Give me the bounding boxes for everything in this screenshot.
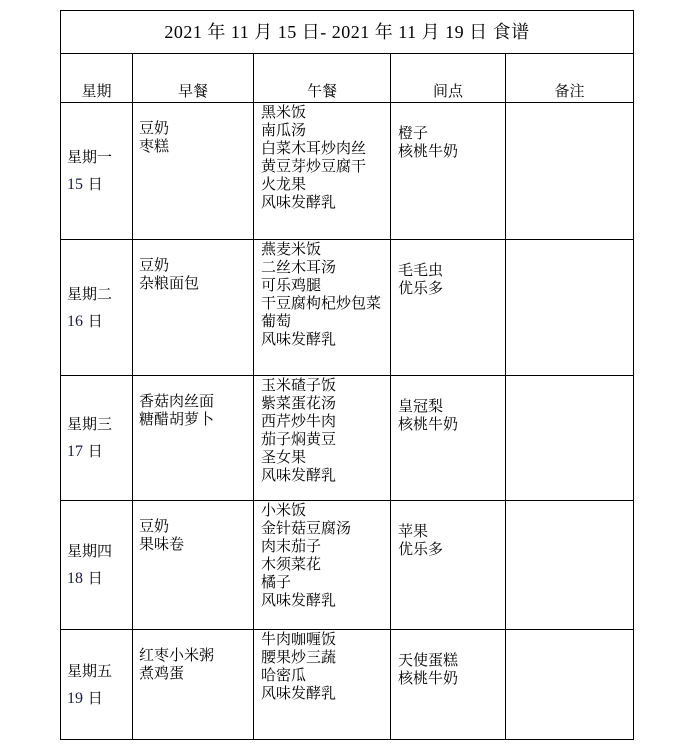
notes-cell [506, 376, 634, 501]
date-number: 15 [67, 176, 83, 193]
header-breakfast: 早餐 [133, 54, 254, 103]
snack-item: 皇冠梨 [398, 397, 505, 415]
lunch-item: 圣女果 [261, 448, 390, 466]
header-day: 星期 [61, 54, 133, 103]
header-snack: 间点 [391, 54, 506, 103]
notes-cell [506, 103, 634, 240]
header-lunch: 午餐 [254, 54, 391, 103]
snack-item: 核桃牛奶 [398, 415, 505, 433]
snack-cell: 天使蛋糕核桃牛奶 [391, 630, 506, 740]
breakfast-cell: 豆奶杂粮面包 [133, 240, 254, 376]
lunch-item: 风味发酵乳 [261, 466, 390, 484]
breakfast-item: 煮鸡蛋 [139, 664, 253, 682]
date-label: 18 日 [67, 565, 132, 592]
breakfast-item: 枣糕 [139, 137, 253, 155]
lunch-item: 风味发酵乳 [261, 330, 390, 348]
lunch-item: 哈密瓜 [261, 666, 390, 684]
breakfast-cell: 红枣小米粥煮鸡蛋 [133, 630, 254, 740]
lunch-cell: 牛肉咖喱饭腰果炒三蔬哈密瓜风味发酵乳 [254, 630, 391, 740]
weekday-label: 星期二 [67, 281, 132, 308]
lunch-cell: 玉米碴子饭紫菜蛋花汤西芹炒牛肉茄子焖黄豆圣女果风味发酵乳 [254, 376, 391, 501]
lunch-item: 腰果炒三蔬 [261, 648, 390, 666]
snack-cell: 皇冠梨核桃牛奶 [391, 376, 506, 501]
notes-cell [506, 501, 634, 630]
weekday-label: 星期四 [67, 538, 132, 565]
lunch-cell: 小米饭金针菇豆腐汤肉末茄子木须菜花橘子风味发酵乳 [254, 501, 391, 630]
menu-title: 2021 年 11 月 15 日- 2021 年 11 月 19 日 食谱 [61, 11, 634, 54]
weekday-label: 星期五 [67, 658, 132, 685]
breakfast-item: 红枣小米粥 [139, 646, 253, 664]
date-number: 18 [67, 570, 83, 587]
breakfast-item: 豆奶 [139, 517, 253, 535]
snack-item: 优乐多 [398, 279, 505, 297]
day-row: 星期四18 日豆奶果味卷小米饭金针菇豆腐汤肉末茄子木须菜花橘子风味发酵乳苹果优乐… [61, 501, 634, 630]
snack-cell: 苹果优乐多 [391, 501, 506, 630]
breakfast-item: 杂粮面包 [139, 274, 253, 292]
date-label: 15 日 [67, 171, 132, 198]
weekday-label: 星期三 [67, 411, 132, 438]
day-row: 星期二16 日豆奶杂粮面包燕麦米饭二丝木耳汤可乐鸡腿干豆腐枸杞炒包菜葡萄风味发酵… [61, 240, 634, 376]
day-row: 星期三17 日香菇肉丝面糖醋胡萝卜玉米碴子饭紫菜蛋花汤西芹炒牛肉茄子焖黄豆圣女果… [61, 376, 634, 501]
weekday-label: 星期一 [67, 144, 132, 171]
breakfast-cell: 香菇肉丝面糖醋胡萝卜 [133, 376, 254, 501]
header-notes: 备注 [506, 54, 634, 103]
snack-item: 天使蛋糕 [398, 651, 505, 669]
date-unit: 日 [88, 175, 103, 193]
snack-cell: 橙子核桃牛奶 [391, 103, 506, 240]
breakfast-item: 豆奶 [139, 256, 253, 274]
day-cell: 星期一15 日 [61, 103, 133, 240]
lunch-item: 二丝木耳汤 [261, 258, 390, 276]
notes-cell [506, 240, 634, 376]
lunch-item: 金针菇豆腐汤 [261, 519, 390, 537]
breakfast-item: 糖醋胡萝卜 [139, 410, 253, 428]
breakfast-item: 香菇肉丝面 [139, 392, 253, 410]
breakfast-cell: 豆奶果味卷 [133, 501, 254, 630]
date-label: 17 日 [67, 438, 132, 465]
lunch-item: 玉米碴子饭 [261, 376, 390, 394]
snack-item: 核桃牛奶 [398, 142, 505, 160]
lunch-item: 小米饭 [261, 501, 390, 519]
lunch-item: 木须菜花 [261, 555, 390, 573]
lunch-item: 可乐鸡腿 [261, 276, 390, 294]
day-cell: 星期二16 日 [61, 240, 133, 376]
lunch-item: 牛肉咖喱饭 [261, 630, 390, 648]
breakfast-item: 果味卷 [139, 535, 253, 553]
lunch-item: 黑米饭 [261, 103, 390, 121]
lunch-item: 橘子 [261, 573, 390, 591]
lunch-item: 火龙果 [261, 175, 390, 193]
lunch-item: 肉末茄子 [261, 537, 390, 555]
lunch-item: 南瓜汤 [261, 121, 390, 139]
day-cell: 星期三17 日 [61, 376, 133, 501]
lunch-item: 紫菜蛋花汤 [261, 394, 390, 412]
lunch-item: 风味发酵乳 [261, 591, 390, 609]
snack-item: 优乐多 [398, 540, 505, 558]
date-unit: 日 [88, 569, 103, 587]
lunch-item: 黄豆芽炒豆腐干 [261, 157, 390, 175]
lunch-cell: 燕麦米饭二丝木耳汤可乐鸡腿干豆腐枸杞炒包菜葡萄风味发酵乳 [254, 240, 391, 376]
day-cell: 星期四18 日 [61, 501, 133, 630]
breakfast-cell: 豆奶枣糕 [133, 103, 254, 240]
snack-item: 毛毛虫 [398, 261, 505, 279]
snack-item: 橙子 [398, 124, 505, 142]
lunch-item: 燕麦米饭 [261, 240, 390, 258]
header-row: 星期 早餐 午餐 间点 备注 [61, 54, 634, 103]
lunch-item: 白菜木耳炒肉丝 [261, 139, 390, 157]
day-row: 星期一15 日豆奶枣糕黑米饭南瓜汤白菜木耳炒肉丝黄豆芽炒豆腐干火龙果风味发酵乳橙… [61, 103, 634, 240]
snack-cell: 毛毛虫优乐多 [391, 240, 506, 376]
weekly-menu-table: 2021 年 11 月 15 日- 2021 年 11 月 19 日 食谱 星期… [60, 10, 634, 740]
lunch-item: 风味发酵乳 [261, 193, 390, 211]
breakfast-item: 豆奶 [139, 119, 253, 137]
date-number: 17 [67, 443, 83, 460]
snack-item: 核桃牛奶 [398, 669, 505, 687]
date-unit: 日 [88, 442, 103, 460]
date-label: 16 日 [67, 308, 132, 335]
date-unit: 日 [88, 312, 103, 330]
date-unit: 日 [88, 689, 103, 707]
date-number: 16 [67, 313, 83, 330]
day-row: 星期五19 日红枣小米粥煮鸡蛋牛肉咖喱饭腰果炒三蔬哈密瓜风味发酵乳天使蛋糕核桃牛… [61, 630, 634, 740]
date-number: 19 [67, 690, 83, 707]
lunch-item: 葡萄 [261, 312, 390, 330]
lunch-cell: 黑米饭南瓜汤白菜木耳炒肉丝黄豆芽炒豆腐干火龙果风味发酵乳 [254, 103, 391, 240]
snack-item: 苹果 [398, 522, 505, 540]
lunch-item: 干豆腐枸杞炒包菜 [261, 294, 390, 312]
lunch-item: 茄子焖黄豆 [261, 430, 390, 448]
title-row: 2021 年 11 月 15 日- 2021 年 11 月 19 日 食谱 [61, 11, 634, 54]
notes-cell [506, 630, 634, 740]
date-label: 19 日 [67, 685, 132, 712]
lunch-item: 风味发酵乳 [261, 684, 390, 702]
day-cell: 星期五19 日 [61, 630, 133, 740]
lunch-item: 西芹炒牛肉 [261, 412, 390, 430]
